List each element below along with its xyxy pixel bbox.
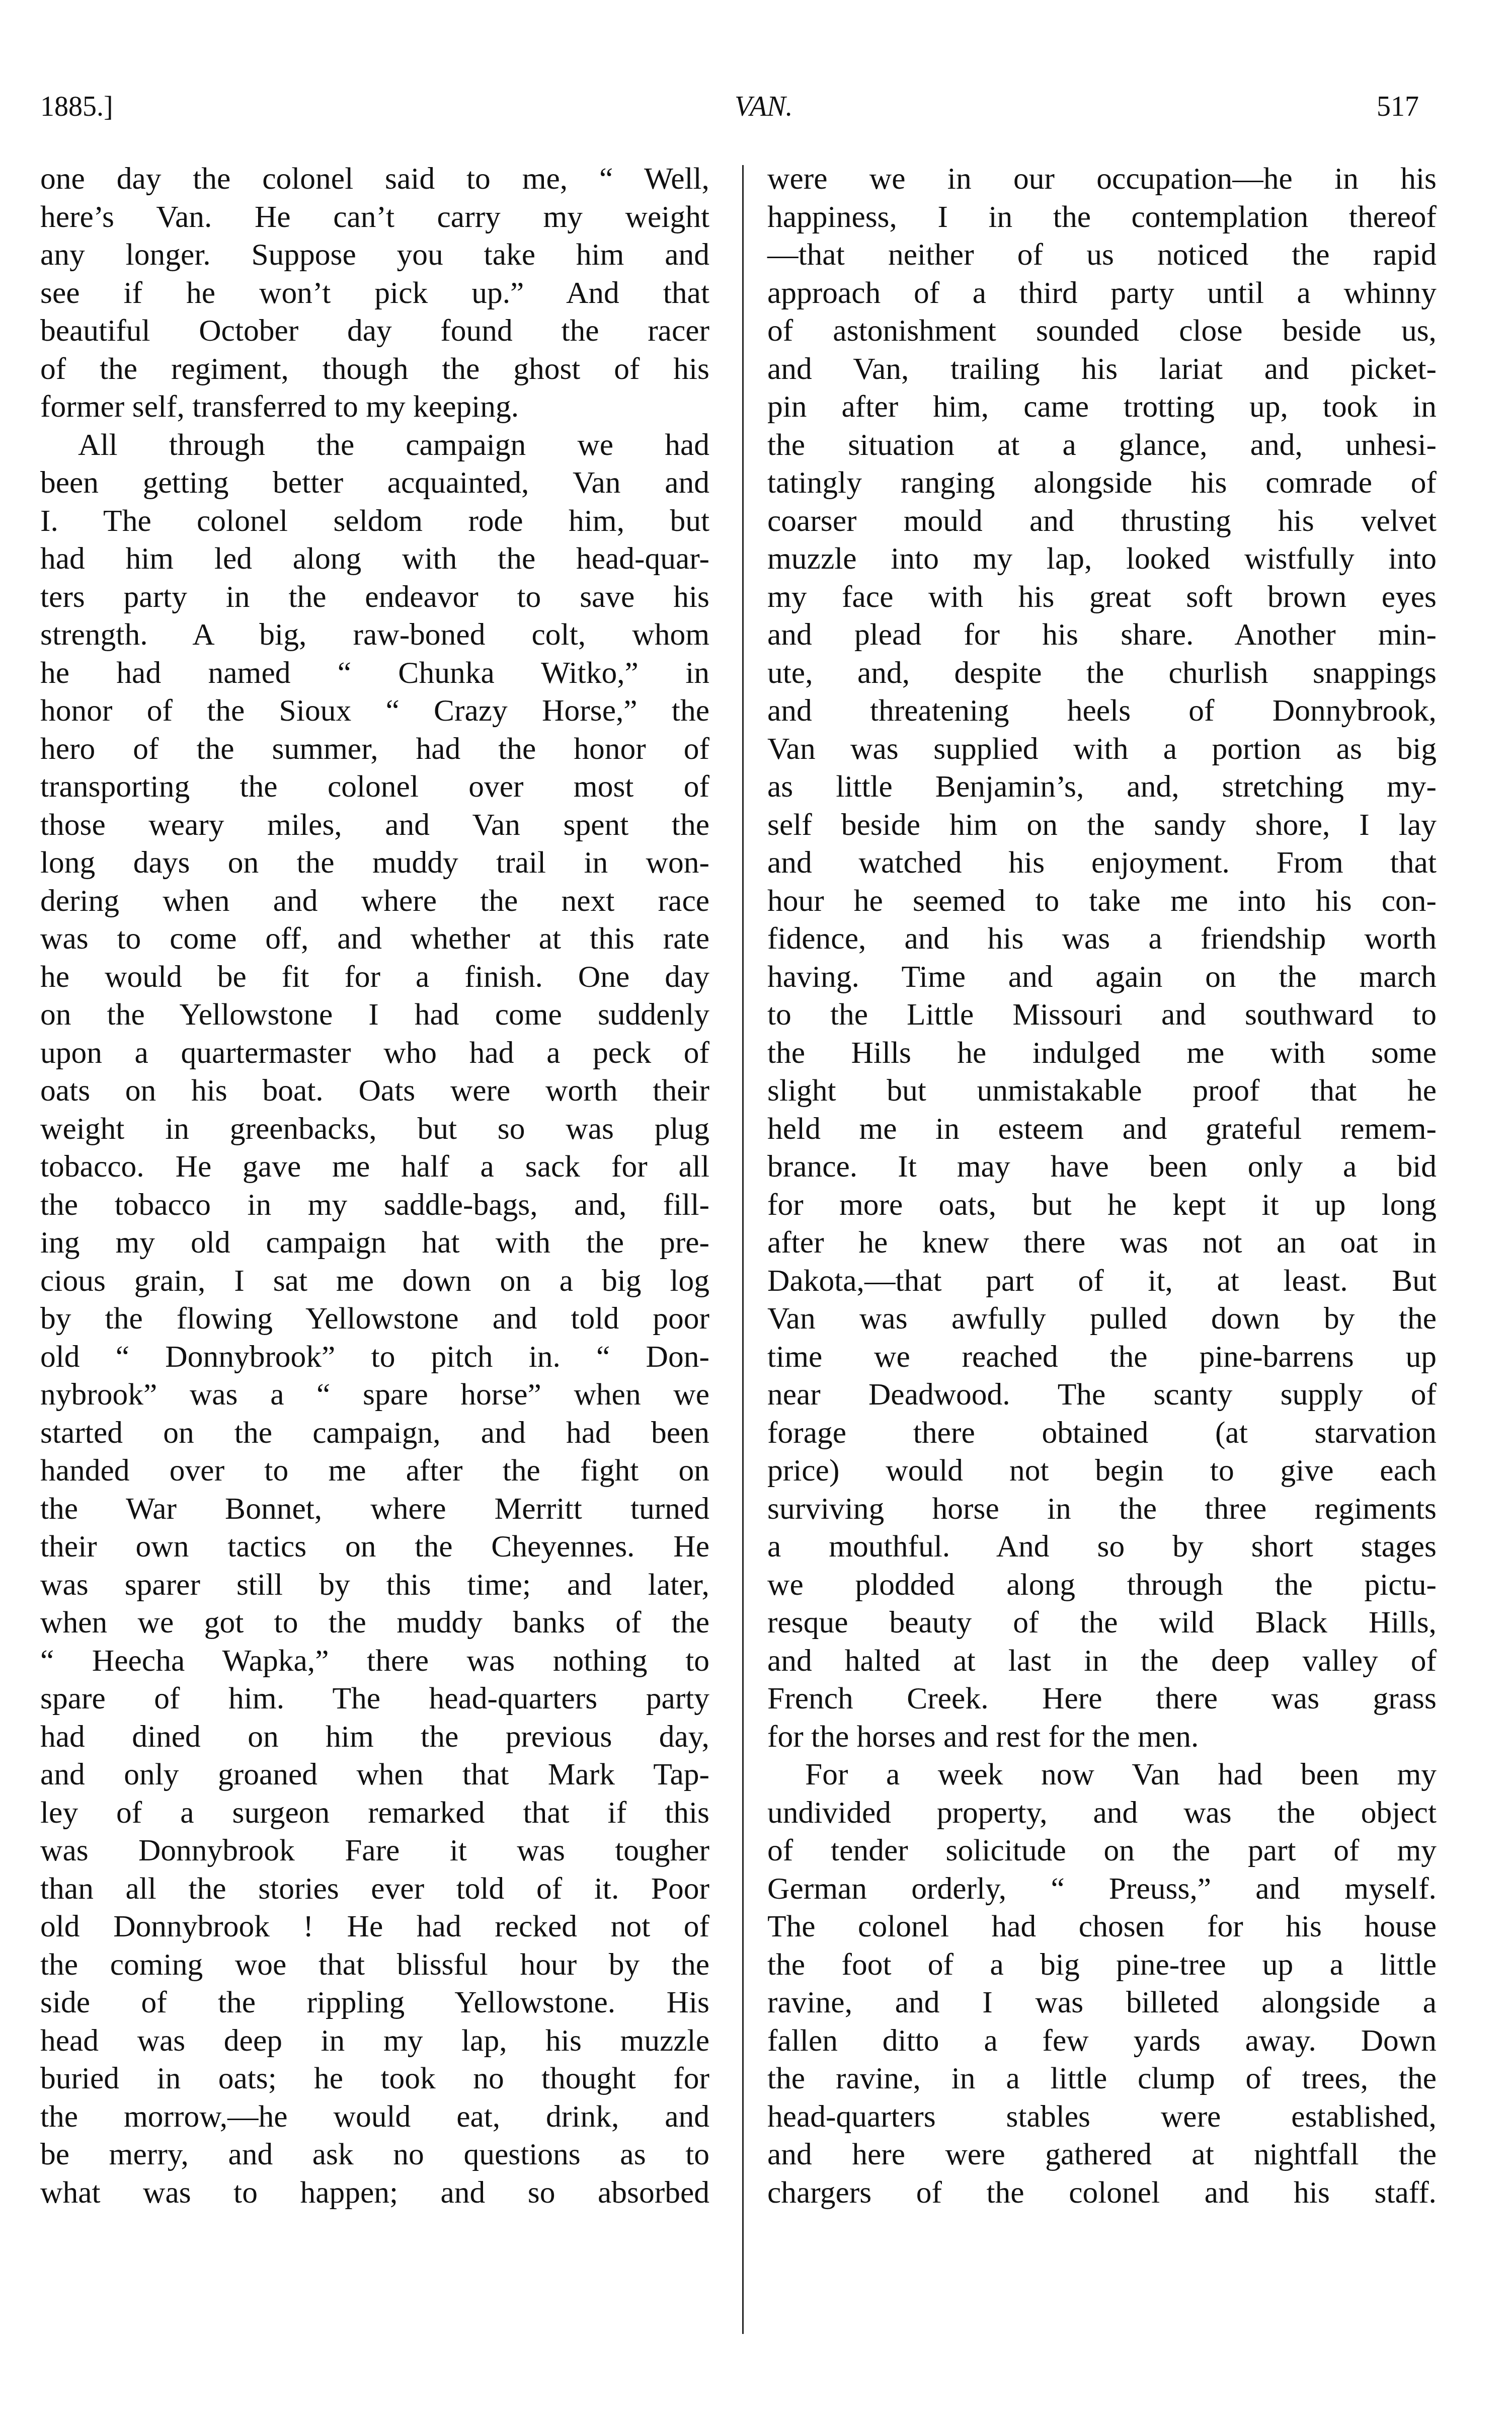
text-line: when we got to the muddy banks of the: [40, 1604, 709, 1642]
text-line: near Deadwood. The scanty supply of: [767, 1376, 1437, 1414]
text-line-content: head-quarters stables were established,: [767, 2098, 1437, 2136]
text-line-content: time we reached the pine-barrens up: [767, 1338, 1437, 1376]
text-line: For a week now Van had been my: [767, 1756, 1437, 1794]
text-line-content: after he knew there was not an oat in: [767, 1224, 1437, 1262]
text-line: oats on his boat. Oats were worth their: [40, 1072, 709, 1110]
text-line: he would be fit for a finish. One day: [40, 958, 709, 996]
text-line: of the regiment, though the ghost of his: [40, 350, 709, 388]
text-line: surviving horse in the three regiments: [767, 1490, 1437, 1528]
text-line: hour he seemed to take me into his con-: [767, 882, 1437, 920]
text-line: handed over to me after the fight on: [40, 1452, 709, 1490]
left-column: one day the colonel said to me, “ Well,h…: [40, 160, 709, 2212]
text-line: and Van, trailing his lariat and picket-: [767, 350, 1437, 388]
text-line: as little Benjamin’s, and, stretching my…: [767, 768, 1437, 806]
text-line-content: was to come off, and whether at this rat…: [40, 920, 709, 958]
text-line-content: strength. A big, raw-boned colt, whom: [40, 616, 709, 654]
text-line: muzzle into my lap, looked wistfully int…: [767, 540, 1437, 578]
text-line: were we in our occupation—he in his: [767, 160, 1437, 198]
text-line-content: of tender solicitude on the part of my: [767, 1832, 1437, 1870]
text-line: he had named “ Chunka Witko,” in: [40, 654, 709, 692]
text-line-content: and here were gathered at nightfall the: [767, 2136, 1437, 2174]
text-line: ute, and, despite the churlish snappings: [767, 654, 1437, 692]
text-line: tobacco. He gave me half a sack for all: [40, 1148, 709, 1186]
text-line: All through the campaign we had: [40, 426, 709, 464]
text-line-content: on the Yellowstone I had come suddenly: [40, 996, 709, 1034]
text-line: forage there obtained (at starvation: [767, 1414, 1437, 1452]
text-line: any longer. Suppose you take him and: [40, 236, 709, 274]
text-line: was to come off, and whether at this rat…: [40, 920, 709, 958]
text-line-content: undivided property, and was the object: [767, 1794, 1437, 1832]
text-line: those weary miles, and Van spent the: [40, 806, 709, 844]
text-line-content: as little Benjamin’s, and, stretching my…: [767, 768, 1437, 806]
text-line-content: ing my old campaign hat with the pre-: [40, 1224, 709, 1262]
text-line: be merry, and ask no questions as to: [40, 2136, 709, 2174]
text-line: and only groaned when that Mark Tap-: [40, 1756, 709, 1794]
text-line-content: All through the campaign we had: [78, 426, 709, 464]
text-line-content: ters party in the endeavor to save his: [40, 578, 709, 616]
text-line-content: weight in greenbacks, but so was plug: [40, 1110, 709, 1148]
text-line-content: approach of a third party until a whinny: [767, 274, 1437, 313]
text-line: on the Yellowstone I had come suddenly: [40, 996, 709, 1034]
text-line-content: happiness, I in the contemplation thereo…: [767, 198, 1437, 237]
text-line: chargers of the colonel and his staff.: [767, 2174, 1437, 2212]
page-number: 517: [1377, 91, 1419, 123]
text-line: —that neither of us noticed the rapid: [767, 236, 1437, 274]
text-line: we plodded along through the pictu-: [767, 1566, 1437, 1604]
text-line: the tobacco in my saddle-bags, and, fill…: [40, 1186, 709, 1224]
text-line: my face with his great soft brown eyes: [767, 578, 1437, 616]
text-line: to the Little Missouri and southward to: [767, 996, 1437, 1034]
text-line: coarser mould and thrusting his velvet: [767, 502, 1437, 540]
text-line: dering when and where the next race: [40, 882, 709, 920]
text-line: upon a quartermaster who had a peck of: [40, 1034, 709, 1072]
text-line-content: a mouthful. And so by short stages: [767, 1528, 1437, 1566]
text-line-content: Van was awfully pulled down by the: [767, 1300, 1437, 1338]
text-line-content: had him led along with the head-quar-: [40, 540, 709, 578]
text-line: strength. A big, raw-boned colt, whom: [40, 616, 709, 654]
text-line-content: old Donnybrook ! He had recked not of: [40, 1908, 709, 1946]
text-line: started on the campaign, and had been: [40, 1414, 709, 1452]
text-line-content: hero of the summer, had the honor of: [40, 730, 709, 768]
text-line: cious grain, I sat me down on a big log: [40, 1262, 709, 1300]
text-line: slight but unmistakable proof that he: [767, 1072, 1437, 1110]
text-line: and halted at last in the deep valley of: [767, 1642, 1437, 1680]
text-line-content: old “ Donnybrook” to pitch in. “ Don-: [40, 1338, 709, 1376]
text-line-content: coarser mould and thrusting his velvet: [767, 502, 1437, 540]
text-line-content: German orderly, “ Preuss,” and myself.: [767, 1870, 1437, 1908]
text-line: having. Time and again on the march: [767, 958, 1437, 996]
text-line: their own tactics on the Cheyennes. He: [40, 1528, 709, 1566]
text-line-content: my face with his great soft brown eyes: [767, 578, 1437, 616]
text-line: held me in esteem and grateful remem-: [767, 1110, 1437, 1148]
text-line: approach of a third party until a whinny: [767, 274, 1437, 313]
text-line-content: upon a quartermaster who had a peck of: [40, 1034, 709, 1072]
text-line: old “ Donnybrook” to pitch in. “ Don-: [40, 1338, 709, 1376]
text-line-content: had dined on him the previous day,: [40, 1718, 709, 1756]
text-line-content: for more oats, but he kept it up long: [767, 1186, 1437, 1224]
text-line-content: was Donnybrook Fare it was tougher: [40, 1832, 709, 1870]
text-line-content: for the horses and rest for the men.: [767, 1718, 1437, 1756]
text-line: been getting better acquainted, Van and: [40, 464, 709, 502]
text-line-content: surviving horse in the three regiments: [767, 1490, 1437, 1528]
text-line-content: their own tactics on the Cheyennes. He: [40, 1528, 709, 1566]
text-line: Dakota,—that part of it, at least. But: [767, 1262, 1437, 1300]
text-line-content: those weary miles, and Van spent the: [40, 806, 709, 844]
text-line-content: the tobacco in my saddle-bags, and, fill…: [40, 1186, 709, 1224]
text-line-content: having. Time and again on the march: [767, 958, 1437, 996]
text-line: former self, transferred to my keeping.: [40, 388, 709, 426]
text-line-content: long days on the muddy trail in won-: [40, 844, 709, 882]
text-line-content: “ Heecha Wapka,” there was nothing to: [40, 1642, 709, 1680]
text-line-content: by the flowing Yellowstone and told poor: [40, 1300, 709, 1338]
text-line-content: when we got to the muddy banks of the: [40, 1604, 709, 1642]
text-line: a mouthful. And so by short stages: [767, 1528, 1437, 1566]
text-line-content: fidence, and his was a friendship worth: [767, 920, 1437, 958]
text-line-content: buried in oats; he took no thought for: [40, 2060, 709, 2098]
text-line-content: the ravine, in a little clump of trees, …: [767, 2060, 1437, 2098]
text-line: “ Heecha Wapka,” there was nothing to: [40, 1642, 709, 1680]
text-line-content: slight but unmistakable proof that he: [767, 1072, 1437, 1110]
text-line: the foot of a big pine-tree up a little: [767, 1946, 1437, 1984]
text-line: weight in greenbacks, but so was plug: [40, 1110, 709, 1148]
text-line-content: nybrook” was a “ spare horse” when we: [40, 1376, 709, 1414]
text-line-content: the foot of a big pine-tree up a little: [767, 1946, 1437, 1984]
text-line: the morrow,—he would eat, drink, and: [40, 2098, 709, 2136]
text-line-content: of astonishment sounded close beside us,: [767, 312, 1437, 350]
text-line: side of the rippling Yellowstone. His: [40, 1984, 709, 2022]
column-divider: [742, 165, 744, 2334]
text-line-content: he had named “ Chunka Witko,” in: [40, 654, 709, 692]
text-line: and plead for his share. Another min-: [767, 616, 1437, 654]
text-line: ley of a surgeon remarked that if this: [40, 1794, 709, 1832]
text-line-content: brance. It may have been only a bid: [767, 1148, 1437, 1186]
running-header: 1885.] VAN. 517: [40, 91, 1419, 131]
text-line-content: chargers of the colonel and his staff.: [767, 2174, 1437, 2212]
text-line-content: the morrow,—he would eat, drink, and: [40, 2098, 709, 2136]
text-line: here’s Van. He can’t carry my weight: [40, 198, 709, 237]
text-line: fidence, and his was a friendship worth: [767, 920, 1437, 958]
text-line-content: he would be fit for a finish. One day: [40, 958, 709, 996]
text-line-content: honor of the Sioux “ Crazy Horse,” the: [40, 692, 709, 730]
text-line: the War Bonnet, where Merritt turned: [40, 1490, 709, 1528]
text-line-content: tobacco. He gave me half a sack for all: [40, 1148, 709, 1186]
text-line-content: dering when and where the next race: [40, 882, 709, 920]
text-line: pin after him, came trotting up, took in: [767, 388, 1437, 426]
text-line: one day the colonel said to me, “ Well,: [40, 160, 709, 198]
text-line-content: pin after him, came trotting up, took in: [767, 388, 1437, 426]
text-line-content: and halted at last in the deep valley of: [767, 1642, 1437, 1680]
text-line: had him led along with the head-quar-: [40, 540, 709, 578]
text-line: fallen ditto a few yards away. Down: [767, 2022, 1437, 2060]
text-line-content: were we in our occupation—he in his: [767, 160, 1437, 198]
text-line: tatingly ranging alongside his comrade o…: [767, 464, 1437, 502]
text-line-content: —that neither of us noticed the rapid: [767, 236, 1437, 274]
text-line-content: tatingly ranging alongside his comrade o…: [767, 464, 1437, 502]
text-line-content: spare of him. The head-quarters party: [40, 1680, 709, 1718]
text-line-content: and only groaned when that Mark Tap-: [40, 1756, 709, 1794]
text-line: the coming woe that blissful hour by the: [40, 1946, 709, 1984]
text-line-content: handed over to me after the fight on: [40, 1452, 709, 1490]
text-line: head-quarters stables were established,: [767, 2098, 1437, 2136]
text-line-content: resque beauty of the wild Black Hills,: [767, 1604, 1437, 1642]
text-line-content: ute, and, despite the churlish snappings: [767, 654, 1437, 692]
text-line: I. The colonel seldom rode him, but: [40, 502, 709, 540]
text-line: was sparer still by this time; and later…: [40, 1566, 709, 1604]
text-line: and threatening heels of Donnybrook,: [767, 692, 1437, 730]
text-line-content: French Creek. Here there was grass: [767, 1680, 1437, 1718]
text-line-content: oats on his boat. Oats were worth their: [40, 1072, 709, 1110]
text-line: by the flowing Yellowstone and told poor: [40, 1300, 709, 1338]
text-line: German orderly, “ Preuss,” and myself.: [767, 1870, 1437, 1908]
text-line: head was deep in my lap, his muzzle: [40, 2022, 709, 2060]
text-line: see if he won’t pick up.” And that: [40, 274, 709, 313]
text-line: than all the stories ever told of it. Po…: [40, 1870, 709, 1908]
text-line: Van was awfully pulled down by the: [767, 1300, 1437, 1338]
text-line-content: the War Bonnet, where Merritt turned: [40, 1490, 709, 1528]
text-line-content: cious grain, I sat me down on a big log: [40, 1262, 709, 1300]
text-line-content: side of the rippling Yellowstone. His: [40, 1984, 709, 2022]
text-line: hero of the summer, had the honor of: [40, 730, 709, 768]
text-line-content: near Deadwood. The scanty supply of: [767, 1376, 1437, 1414]
text-line-content: one day the colonel said to me, “ Well,: [40, 160, 709, 198]
header-title: VAN.: [735, 91, 793, 123]
text-line-content: fallen ditto a few yards away. Down: [767, 2022, 1437, 2060]
right-column: were we in our occupation—he in hishappi…: [767, 160, 1437, 2212]
text-line: of tender solicitude on the part of my: [767, 1832, 1437, 1870]
text-line: nybrook” was a “ spare horse” when we: [40, 1376, 709, 1414]
text-line: was Donnybrook Fare it was tougher: [40, 1832, 709, 1870]
text-line-content: hour he seemed to take me into his con-: [767, 882, 1437, 920]
text-line: old Donnybrook ! He had recked not of: [40, 1908, 709, 1946]
text-line-content: the Hills he indulged me with some: [767, 1034, 1437, 1072]
text-line-content: be merry, and ask no questions as to: [40, 2136, 709, 2174]
text-line: after he knew there was not an oat in: [767, 1224, 1437, 1262]
text-line: of astonishment sounded close beside us,: [767, 312, 1437, 350]
text-line-content: muzzle into my lap, looked wistfully int…: [767, 540, 1437, 578]
text-line: ters party in the endeavor to save his: [40, 578, 709, 616]
text-line-content: self beside him on the sandy shore, I la…: [767, 806, 1437, 844]
text-line: transporting the colonel over most of: [40, 768, 709, 806]
text-line-content: For a week now Van had been my: [805, 1756, 1437, 1794]
text-line-content: what was to happen; and so absorbed: [40, 2174, 709, 2212]
text-line-content: price) would not begin to give each: [767, 1452, 1437, 1490]
text-line: long days on the muddy trail in won-: [40, 844, 709, 882]
text-line-content: to the Little Missouri and southward to: [767, 996, 1437, 1034]
text-line: self beside him on the sandy shore, I la…: [767, 806, 1437, 844]
text-line-content: the situation at a glance, and, unhesi-: [767, 426, 1437, 464]
text-line-content: of the regiment, though the ghost of his: [40, 350, 709, 388]
text-line: ravine, and I was billeted alongside a: [767, 1984, 1437, 2022]
text-line: time we reached the pine-barrens up: [767, 1338, 1437, 1376]
text-line-content: we plodded along through the pictu-: [767, 1566, 1437, 1604]
text-line-content: and watched his enjoyment. From that: [767, 844, 1437, 882]
text-line: beautiful October day found the racer: [40, 312, 709, 350]
text-line-content: and Van, trailing his lariat and picket-: [767, 350, 1437, 388]
text-line-content: see if he won’t pick up.” And that: [40, 274, 709, 313]
text-line-content: any longer. Suppose you take him and: [40, 236, 709, 274]
text-line: Van was supplied with a portion as big: [767, 730, 1437, 768]
text-line: price) would not begin to give each: [767, 1452, 1437, 1490]
text-line: the situation at a glance, and, unhesi-: [767, 426, 1437, 464]
text-line-content: ravine, and I was billeted alongside a: [767, 1984, 1437, 2022]
text-line-content: held me in esteem and grateful remem-: [767, 1110, 1437, 1148]
text-line-content: here’s Van. He can’t carry my weight: [40, 198, 709, 237]
text-line-content: Van was supplied with a portion as big: [767, 730, 1437, 768]
text-line-content: was sparer still by this time; and later…: [40, 1566, 709, 1604]
text-line-content: forage there obtained (at starvation: [767, 1414, 1437, 1452]
text-line: honor of the Sioux “ Crazy Horse,” the: [40, 692, 709, 730]
text-line: happiness, I in the contemplation thereo…: [767, 198, 1437, 237]
text-line-content: former self, transferred to my keeping.: [40, 388, 709, 426]
text-line-content: and threatening heels of Donnybrook,: [767, 692, 1437, 730]
text-line: for more oats, but he kept it up long: [767, 1186, 1437, 1224]
text-line-content: the coming woe that blissful hour by the: [40, 1946, 709, 1984]
text-line: The colonel had chosen for his house: [767, 1908, 1437, 1946]
text-line-content: I. The colonel seldom rode him, but: [40, 502, 709, 540]
text-line-content: and plead for his share. Another min-: [767, 616, 1437, 654]
text-line: spare of him. The head-quarters party: [40, 1680, 709, 1718]
text-line: buried in oats; he took no thought for: [40, 2060, 709, 2098]
text-line-content: ley of a surgeon remarked that if this: [40, 1794, 709, 1832]
text-line: French Creek. Here there was grass: [767, 1680, 1437, 1718]
text-line-content: started on the campaign, and had been: [40, 1414, 709, 1452]
text-line: brance. It may have been only a bid: [767, 1148, 1437, 1186]
text-line: what was to happen; and so absorbed: [40, 2174, 709, 2212]
text-line: for the horses and rest for the men.: [767, 1718, 1437, 1756]
text-line-content: head was deep in my lap, his muzzle: [40, 2022, 709, 2060]
text-line-content: The colonel had chosen for his house: [767, 1908, 1437, 1946]
text-line: and watched his enjoyment. From that: [767, 844, 1437, 882]
text-line: undivided property, and was the object: [767, 1794, 1437, 1832]
text-line: had dined on him the previous day,: [40, 1718, 709, 1756]
text-line-content: Dakota,—that part of it, at least. But: [767, 1262, 1437, 1300]
text-line: the Hills he indulged me with some: [767, 1034, 1437, 1072]
text-line-content: transporting the colonel over most of: [40, 768, 709, 806]
text-line: and here were gathered at nightfall the: [767, 2136, 1437, 2174]
text-line-content: beautiful October day found the racer: [40, 312, 709, 350]
text-line-content: than all the stories ever told of it. Po…: [40, 1870, 709, 1908]
header-year: 1885.]: [40, 91, 113, 123]
text-line-content: been getting better acquainted, Van and: [40, 464, 709, 502]
text-line: resque beauty of the wild Black Hills,: [767, 1604, 1437, 1642]
text-line: ing my old campaign hat with the pre-: [40, 1224, 709, 1262]
text-line: the ravine, in a little clump of trees, …: [767, 2060, 1437, 2098]
